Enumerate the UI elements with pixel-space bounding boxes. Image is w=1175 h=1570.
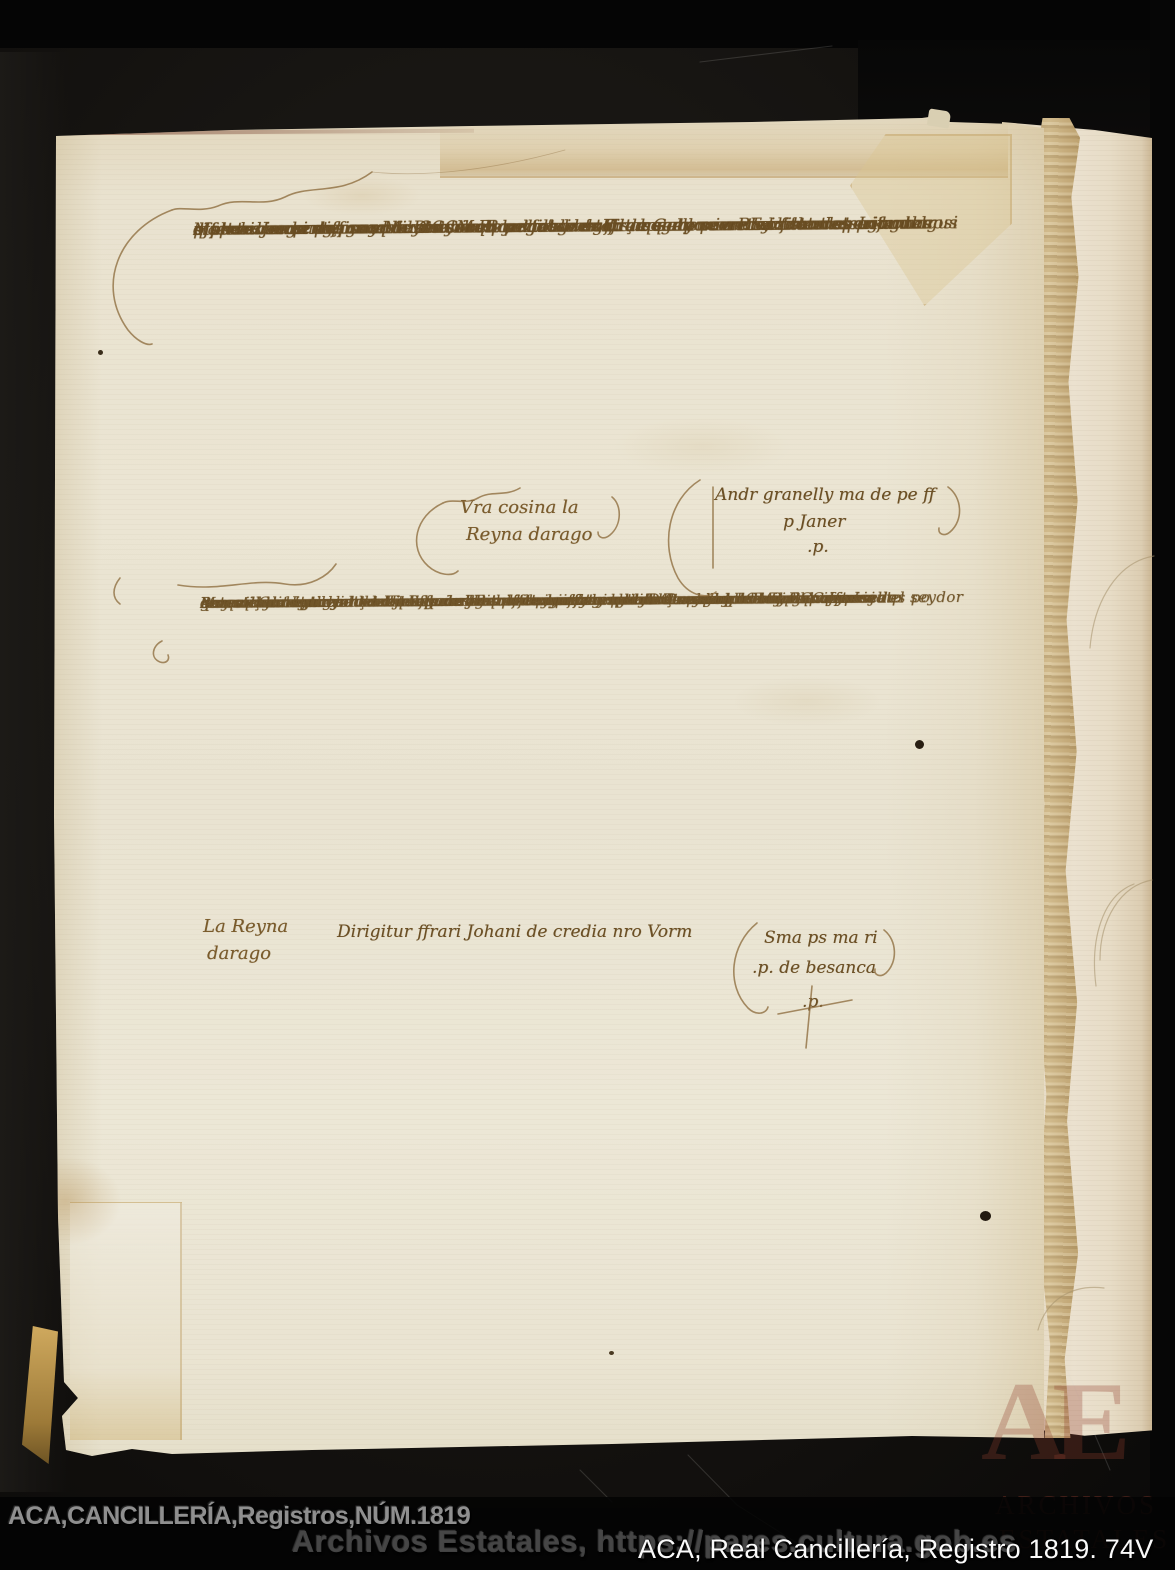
signature-line: Andr granelly ma de pe ff <box>715 485 935 505</box>
manuscript-line: secreto acostubrado xxxj dias de Janero … <box>200 589 885 625</box>
signature-line: Reyna darago <box>466 524 592 545</box>
foxing-stain <box>302 176 422 216</box>
signature-line: .p. de besanca <box>752 958 876 978</box>
foxing-stain <box>612 416 792 476</box>
wormhole <box>609 1351 614 1355</box>
parchment-page: Molt car cosi p ço co haue sobira pler t… <box>52 116 1044 1460</box>
signature-line: .p. <box>807 537 829 557</box>
wormhole <box>915 740 924 749</box>
ae-monogram: AE <box>981 1357 1117 1486</box>
signature-line: .p. <box>802 992 824 1012</box>
paper-tab <box>927 108 951 128</box>
foxing-stain <box>732 676 882 726</box>
left-edge-stain <box>52 1156 122 1246</box>
backdrop-right-edge <box>1150 0 1175 1570</box>
wormhole <box>98 350 103 355</box>
signature-line: Sma ps ma ri <box>764 928 878 948</box>
manuscript-photo: Molt car cosi p ço co haue sobira pler t… <box>0 0 1175 1570</box>
manuscript-line: dies de Janer del any Mil CCC lxxx set . <box>193 217 542 255</box>
signature-line: Vra cosina la <box>460 497 579 518</box>
closing-line: darago <box>207 943 271 964</box>
photo-reference-caption: ACA, Real Cancillería, Registro 1819. 74… <box>638 1534 1153 1565</box>
closing-line: La Reyna <box>203 916 288 937</box>
address-line: Dirigitur ffrari Johani de credia nro Vo… <box>337 922 692 942</box>
signature-line: p Janer <box>783 512 845 532</box>
wormhole <box>980 1211 991 1221</box>
